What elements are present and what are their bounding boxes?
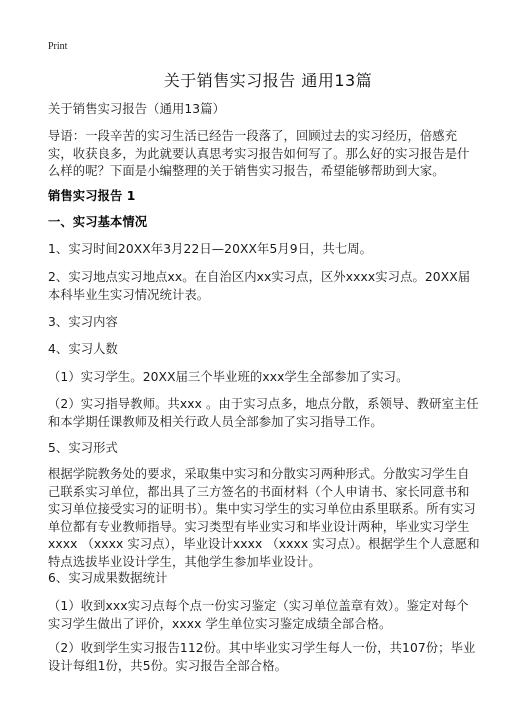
item-4-1-students: （1）实习学生。20XX届三个毕业班的xxx学生全部参加了实习。 <box>48 369 480 387</box>
print-label[interactable]: Print <box>48 41 67 52</box>
section-title: 销售实习报告 1 <box>48 188 480 206</box>
intro-paragraph: 导语：一段辛苦的实习生活已经告一段落了，回顾过去的实习经历，倍感充实，收获良多，… <box>48 128 480 181</box>
item-6-2-reports: （2）收到学生实习报告112份。其中毕业实习学生每人一份，共107份；毕业设计每… <box>48 640 480 675</box>
item-2-location: 2、实习地点实习地点xx。在自治区内xx实习点，区外xxxx实习点。20XX届本… <box>48 269 480 304</box>
item-6-statistics: 6、实习成果数据统计 <box>48 570 480 588</box>
item-1-time: 1、实习时间20XX年3月22日—20XX年5月9日，共七周。 <box>48 241 480 259</box>
item-6-1-appraisals: （1）收到xxx实习点每个点一份实习鉴定（实习单位盖章有效）。鉴定对每个实习学生… <box>48 598 480 633</box>
item-5-form: 5、实习形式 <box>48 440 480 458</box>
part-heading: 一、实习基本情况 <box>48 214 480 232</box>
item-3-content: 3、实习内容 <box>48 314 480 332</box>
item-4-headcount: 4、实习人数 <box>48 341 480 359</box>
item-4-2-teachers: （2）实习指导教师。共xxx 。由于实习点多，地点分散，系领导、教研室主任和本学… <box>48 396 480 431</box>
item-5-paragraph: 根据学院教务处的要求，采取集中实习和分散实习两种形式。分散实习学生自己联系实习单… <box>48 466 480 571</box>
document-title: 关于销售实习报告 通用13篇 <box>48 68 488 91</box>
document-subtitle: 关于销售实习报告（通用13篇） <box>48 101 480 119</box>
